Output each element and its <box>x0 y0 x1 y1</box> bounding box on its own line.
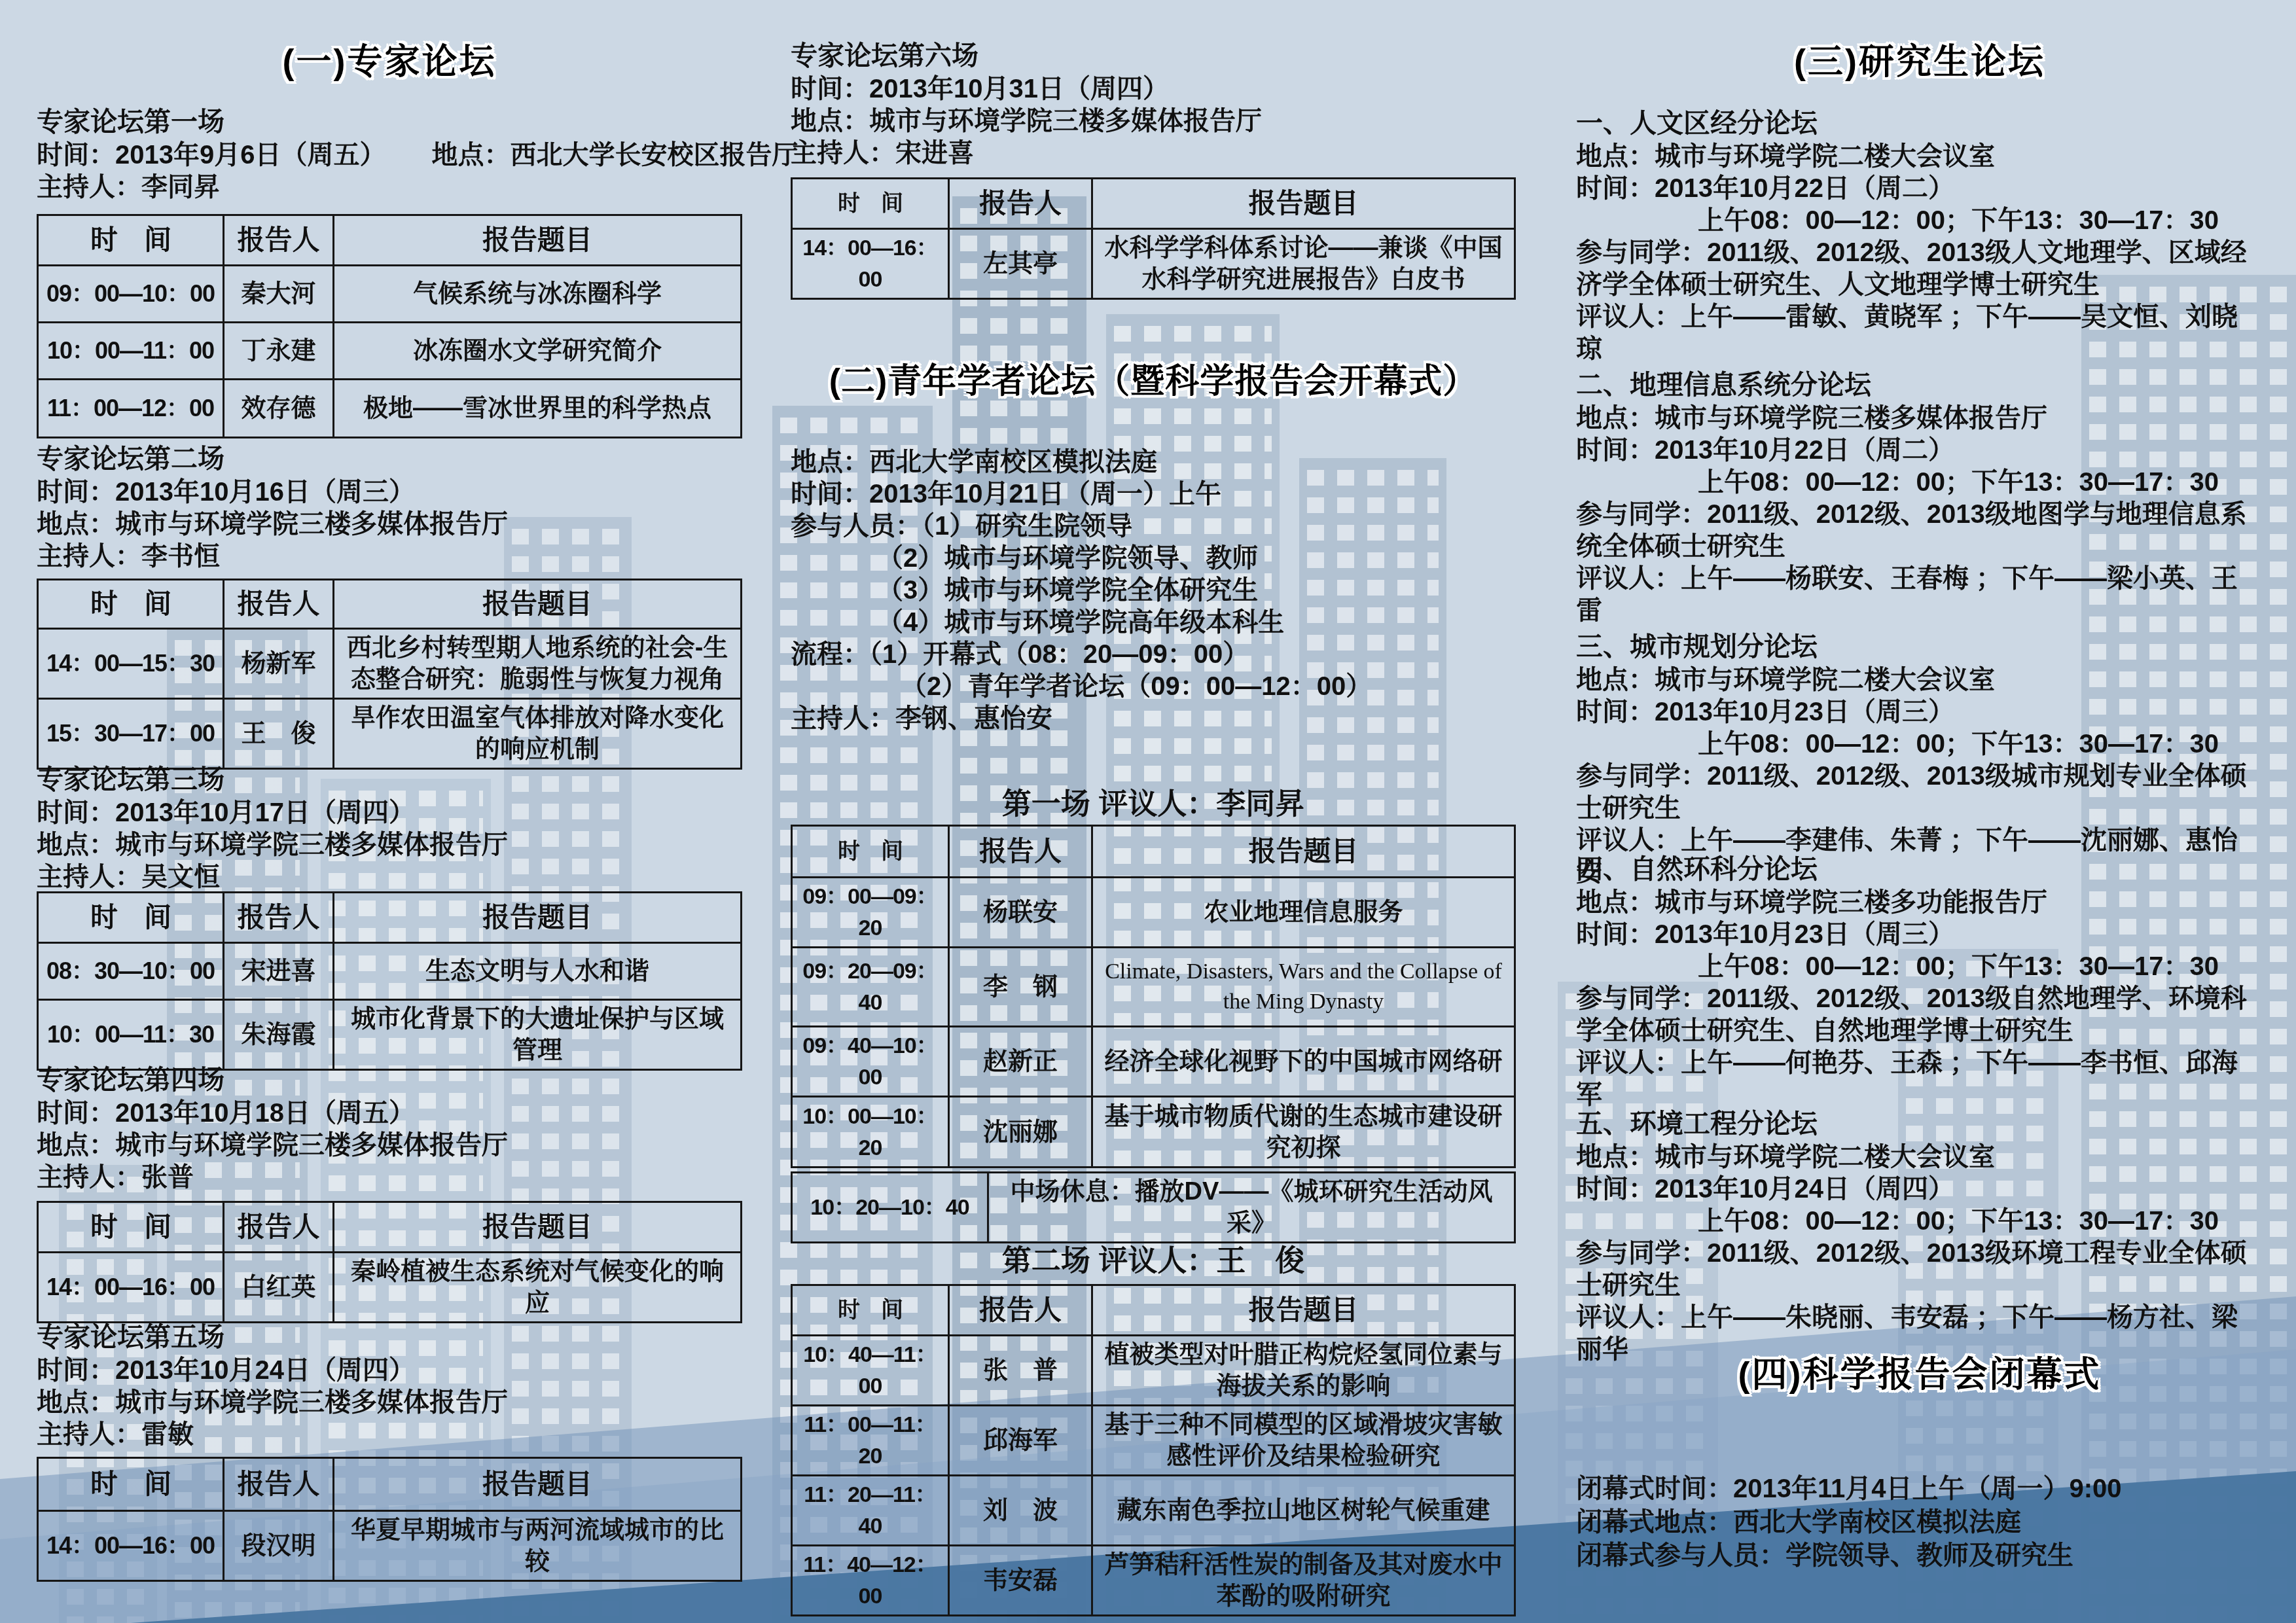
subforum-date-line: 时间：2013年10月23日（周三） <box>1576 696 2263 728</box>
session-time-venue-line: 时间：2013年9月6日（周五）地点：西北大学长安校区报告厅 <box>37 139 742 171</box>
col-header-title: 报告题目 <box>1093 179 1514 228</box>
venue-label: 地点： <box>1576 404 1655 433</box>
expert-session-3-table: 时 间 报告人 报告题目 08：30—10：00 宋进喜 生态文明与人水和谐 1… <box>37 891 742 1071</box>
agenda-row: 10：40—11：00 张 普 植被类型对叶腊正构烷烃氢同位素与海拔关系的影响 <box>793 1334 1514 1404</box>
host-label: 主持人： <box>37 173 141 202</box>
agenda-row: 09：00—09：20 杨联安 农业地理信息服务 <box>793 876 1514 946</box>
forum-hosts: 李钢、惠怡安 <box>895 704 1052 733</box>
host-label: 主持人： <box>37 542 141 571</box>
agenda-title: 基于三种不同模型的区域滑坡灾害敏感性评价及结果检验研究 <box>1093 1406 1514 1474</box>
agenda-speaker: 段汉明 <box>224 1512 334 1580</box>
agenda-title-english: Climate, Disasters, Wars and the Collaps… <box>1093 948 1514 1026</box>
forum-host-line: 主持人：李钢、惠怡安 <box>791 703 1516 735</box>
agenda-speaker: 效存德 <box>224 380 334 437</box>
students-label: 参与同学： <box>1576 1239 1707 1268</box>
expert-session-3-info: 专家论坛第三场 时间：2013年10月17日（周四） 地点：城市与环境学院三楼多… <box>37 764 742 893</box>
forum-time-line: 时间：2013年10月21日（周一）上午 <box>791 478 1516 510</box>
subforum-hours-line: 上午08：00—12：00；下午13：30—17：30 <box>1576 205 2263 237</box>
flow-label: 流程： <box>791 640 869 669</box>
subforum-name: 一、人文区经分论坛 <box>1576 108 2263 138</box>
agenda-title: 冰冻圈水文学研究简介 <box>334 323 740 378</box>
closing-venue: 西北大学南校区模拟法庭 <box>1733 1508 2021 1537</box>
session-time-line: 时间：2013年10月31日（周四） <box>791 73 1516 105</box>
session-time: 2013年10月17日（周四） <box>115 798 415 827</box>
agenda-row: 11：00—12：00 效存德 极地——雪冰世界里的科学热点 <box>39 378 740 437</box>
subforum-venue-line: 地点：城市与环境学院三楼多功能报告厅 <box>1576 887 2263 919</box>
session-name: 专家论坛第三场 <box>37 764 742 794</box>
round-1-heading: 第一场 评议人：李同昇 <box>791 780 1516 823</box>
session-venue: 城市与环境学院三楼多媒体报告厅 <box>115 1388 508 1417</box>
col-header-speaker: 报告人 <box>950 1286 1093 1334</box>
venue-label: 地点： <box>1576 1143 1655 1171</box>
session-venue-line: 地点：城市与环境学院三楼多媒体报告厅 <box>37 829 742 861</box>
closing-participants: 学院领导、教师及研究生 <box>1785 1541 2073 1570</box>
host-label: 主持人： <box>37 1163 141 1192</box>
session-venue: 城市与环境学院三楼多媒体报告厅 <box>115 1131 508 1160</box>
table-header-row: 时 间 报告人 报告题目 <box>39 893 740 942</box>
reviewers-label: 评议人： <box>1576 1303 1681 1332</box>
agenda-title: 藏东南色季拉山地区树轮气候重建 <box>1093 1476 1514 1544</box>
col-header-speaker: 报告人 <box>950 179 1093 228</box>
session-host-line: 主持人：李同昇 <box>37 171 742 204</box>
young-forum-title: (二)青年学者论坛（暨科学报告会开幕式） <box>791 353 1516 402</box>
agenda-time: 10：00—11：00 <box>39 323 224 378</box>
time-label: 时间： <box>37 1356 115 1385</box>
host-label: 主持人： <box>37 863 141 891</box>
subforum-students-line: 参与同学：2011级、2012级、2013级环境工程专业全体硕士研究生 <box>1576 1238 2263 1302</box>
subforum-reviewers-line: 评议人：上午——雷敏、黄晓军 ；下午——吴文恒、刘晓琼 <box>1576 301 2263 365</box>
agenda-time: 15：30—17：00 <box>39 700 224 768</box>
column-graduate-forum: (三)研究生论坛 一、人文区经分论坛 地点：城市与环境学院二楼大会议室 时间：2… <box>1576 0 2263 1623</box>
expert-session-1-info: 专家论坛第一场 时间：2013年9月6日（周五）地点：西北大学长安校区报告厅 主… <box>37 107 742 204</box>
col-header-speaker: 报告人 <box>224 216 334 264</box>
reviewers-label: 评议人： <box>1576 1048 1681 1077</box>
agenda-title: 芦笋秸秆活性炭的制备及其对废水中苯酚的吸附研究 <box>1093 1546 1514 1614</box>
time-label: 时间： <box>1576 436 1655 465</box>
session-time: 2013年10月16日（周三） <box>115 478 415 507</box>
intermission-row: 10：20—10：40 中场休息：播放DV——《城环研究生活动风采》 <box>793 1173 1514 1241</box>
col-header-time: 时 间 <box>793 179 950 228</box>
agenda-row: 09：00—10：00 秦大河 气候系统与冰冻圈科学 <box>39 264 740 321</box>
subforum-hours-line: 上午08：00—12：00；下午13：30—17：30 <box>1576 1205 2263 1238</box>
round-2-heading: 第二场 评议人：王 俊 <box>791 1237 1516 1279</box>
closing-time-line: 闭幕式时间：2013年11月4日上午（周一）9:00 <box>1576 1472 2263 1506</box>
closing-time: 2013年11月4日上午（周一）9:00 <box>1733 1474 2122 1503</box>
agenda-time: 11：20—11：40 <box>793 1476 950 1544</box>
agenda-speaker: 赵新正 <box>950 1027 1093 1096</box>
forum-participants-line: （4）城市与环境学院高年级本科生 <box>791 607 1516 639</box>
agenda-speaker: 韦安磊 <box>950 1546 1093 1614</box>
agenda-row: 10：00—10：20 沈丽娜 基于城市物质代谢的生态城市建设研究初探 <box>793 1096 1514 1166</box>
students-label: 参与同学： <box>1576 984 1707 1013</box>
subforum-date: 2013年10月23日（周三） <box>1655 698 1954 726</box>
intermission-time: 10：20—10：40 <box>793 1173 989 1241</box>
reviewers-label: 评议人： <box>1576 302 1681 331</box>
time-label: 时间： <box>791 480 869 508</box>
session-venue-line: 地点：城市与环境学院三楼多媒体报告厅 <box>37 1387 742 1419</box>
col-header-title: 报告题目 <box>334 216 740 264</box>
subforum-students-line: 参与同学：2011级、2012级、2013级人文地理学、区域经济学全体硕士研究生… <box>1576 237 2263 301</box>
agenda-time: 14：00—15：30 <box>39 630 224 698</box>
subforum-venue-line: 地点：城市与环境学院二楼大会议室 <box>1576 664 2263 696</box>
agenda-time: 09：00—10：00 <box>39 266 224 321</box>
session-host-line: 主持人：吴文恒 <box>37 861 742 893</box>
agenda-time: 10：00—10：20 <box>793 1097 950 1166</box>
col-header-speaker: 报告人 <box>950 827 1093 876</box>
table-header-row: 时 间 报告人 报告题目 <box>793 179 1514 228</box>
session-host-line: 主持人：雷敏 <box>37 1419 742 1451</box>
forum-venue: 西北大学南校区模拟法庭 <box>869 448 1157 476</box>
venue-label: 地点： <box>791 107 869 135</box>
col-header-title: 报告题目 <box>1093 1286 1514 1334</box>
session-host: 宋进喜 <box>895 139 974 168</box>
host-label: 主持人： <box>791 704 895 733</box>
agenda-time: 14：00—16：00 <box>793 230 950 298</box>
agenda-row: 14：00—15：30 杨新军 西北乡村转型期人地系统的社会-生态整合研究：脆弱… <box>39 628 740 698</box>
time-label: 时间： <box>1576 174 1655 203</box>
time-label: 时间： <box>37 478 115 507</box>
flow-item: （2）青年学者论坛（09：00—12：00） <box>901 672 1372 701</box>
expert-session-5-info: 专家论坛第五场 时间：2013年10月24日（周四） 地点：城市与环境学院三楼多… <box>37 1322 742 1451</box>
subforum-3: 三、城市规划分论坛 地点：城市与环境学院二楼大会议室 时间：2013年10月23… <box>1576 632 2263 889</box>
expert-session-2-info: 专家论坛第二场 时间：2013年10月16日（周三） 地点：城市与环境学院三楼多… <box>37 444 742 573</box>
venue-label: 地点： <box>791 448 869 476</box>
subforum-4: 四、自然环科分论坛 地点：城市与环境学院三楼多功能报告厅 时间：2013年10月… <box>1576 854 2263 1111</box>
session-time: 2013年9月6日（周五） <box>115 141 386 169</box>
agenda-row: 14：00—16：00 白红英 秦岭植被生态系统对气候变化的响应 <box>39 1251 740 1321</box>
agenda-speaker: 丁永建 <box>224 323 334 378</box>
col-header-title: 报告题目 <box>1093 827 1514 876</box>
subforum-reviewers-line: 评议人：上午——杨联安、王春梅 ；下午——梁小英、王雷 <box>1576 563 2263 627</box>
participant-item: （1）研究生院领导 <box>922 512 1132 541</box>
participant-item: （4）城市与环境学院高年级本科生 <box>877 608 1284 637</box>
subforum-hours: 上午08：00—12：00；下午13：30—17：30 <box>1698 1207 2219 1236</box>
session-host: 吴文恒 <box>141 863 220 891</box>
time-label: 时间： <box>37 141 115 169</box>
agenda-time: 11：00—12：00 <box>39 380 224 437</box>
session-time-line: 时间：2013年10月18日（周五） <box>37 1097 742 1130</box>
agenda-title: 气候系统与冰冻圈科学 <box>334 266 740 321</box>
subforum-hours-line: 上午08：00—12：00；下午13：30—17：30 <box>1576 951 2263 983</box>
reviewers-label: 评议人： <box>1576 826 1681 855</box>
session-name: 专家论坛第二场 <box>37 444 742 474</box>
table-header-row: 时 间 报告人 报告题目 <box>793 1286 1514 1334</box>
session-host-line: 主持人：宋进喜 <box>791 137 1516 169</box>
session-time-line: 时间：2013年10月17日（周四） <box>37 797 742 829</box>
agenda-speaker: 白红英 <box>224 1253 334 1321</box>
col-header-title: 报告题目 <box>334 893 740 942</box>
session-name: 专家论坛第五场 <box>37 1322 742 1352</box>
col-header-title: 报告题目 <box>334 580 740 628</box>
subforum-venue: 城市与环境学院二楼大会议室 <box>1655 666 1995 694</box>
col-header-speaker: 报告人 <box>224 893 334 942</box>
time-label: 时间： <box>1576 1175 1655 1204</box>
time-label: 时间： <box>1576 920 1655 949</box>
expert-forum-title: (一)专家论坛 <box>37 34 742 84</box>
time-label: 时间： <box>1576 698 1655 726</box>
col-header-time: 时 间 <box>39 893 224 942</box>
agenda-title: 西北乡村转型期人地系统的社会-生态整合研究：脆弱性与恢复力视角 <box>334 630 740 698</box>
agenda-row: 09：40—10：00 赵新正 经济全球化视野下的中国城市网络研 <box>793 1026 1514 1096</box>
closing-ceremony-title: (四)科学报告会闭幕式 <box>1576 1347 2263 1397</box>
agenda-time: 09：40—10：00 <box>793 1027 950 1096</box>
venue-label: 地点： <box>37 510 115 539</box>
session-time: 2013年10月24日（周四） <box>115 1356 415 1385</box>
subforum-date-line: 时间：2013年10月22日（周二） <box>1576 435 2263 467</box>
agenda-speaker: 朱海霞 <box>224 1001 334 1069</box>
time-label: 时间： <box>791 75 869 103</box>
subforum-date-line: 时间：2013年10月23日（周三） <box>1576 919 2263 951</box>
forum-participants-line: （2）城市与环境学院领导、教师 <box>791 543 1516 575</box>
agenda-speaker: 杨新军 <box>224 630 334 698</box>
participant-item: （3）城市与环境学院全体研究生 <box>877 576 1258 605</box>
agenda-time: 10：40—11：00 <box>793 1336 950 1404</box>
session-host-line: 主持人：李书恒 <box>37 541 742 573</box>
expert-session-4-info: 专家论坛第四场 时间：2013年10月18日（周五） 地点：城市与环境学院三楼多… <box>37 1065 742 1194</box>
subforum-students-line: 参与同学：2011级、2012级、2013级城市规划专业全体硕士研究生 <box>1576 760 2263 825</box>
students-label: 参与同学： <box>1576 500 1707 529</box>
agenda-speaker: 左其亭 <box>950 230 1093 298</box>
agenda-speaker: 沈丽娜 <box>950 1097 1093 1166</box>
agenda-row: 15：30—17：00 王 俊 旱作农田温室气体排放对降水变化的响应机制 <box>39 698 740 768</box>
subforum-venue: 城市与环境学院二楼大会议室 <box>1655 142 1995 171</box>
round-1-table: 时 间 报告人 报告题目 09：00—09：20 杨联安 农业地理信息服务 09… <box>791 825 1516 1168</box>
session-time: 2013年10月18日（周五） <box>115 1099 415 1128</box>
agenda-title: 城市化背景下的大遗址保护与区域管理 <box>334 1001 740 1069</box>
closing-participants-line: 闭幕式参与人员：学院领导、教师及研究生 <box>1576 1539 2263 1573</box>
students-label: 参与同学： <box>1576 238 1707 267</box>
session-venue: 城市与环境学院三楼多媒体报告厅 <box>115 830 508 859</box>
agenda-row: 14：00—16：00 段汉明 华夏早期城市与两河流域城市的比较 <box>39 1510 740 1580</box>
col-header-speaker: 报告人 <box>224 580 334 628</box>
session-venue: 城市与环境学院三楼多媒体报告厅 <box>115 510 508 539</box>
flow-item: （1）开幕式（08：20—09：00） <box>869 640 1249 669</box>
col-header-time: 时 间 <box>793 827 950 876</box>
session-name: 专家论坛第一场 <box>37 107 742 137</box>
agenda-row: 11：20—11：40 刘 波 藏东南色季拉山地区树轮气候重建 <box>793 1474 1514 1544</box>
agenda-title: 旱作农田温室气体排放对降水变化的响应机制 <box>334 700 740 768</box>
reviewers-label: 评议人： <box>1576 564 1681 593</box>
subforum-hours-line: 上午08：00—12：00；下午13：30—17：30 <box>1576 728 2263 760</box>
column-young-scholars: 专家论坛第六场 时间：2013年10月31日（周四） 地点：城市与环境学院三楼多… <box>791 0 1516 1623</box>
intermission-title: 中场休息：播放DV——《城环研究生活动风采》 <box>989 1173 1514 1241</box>
subforum-venue: 城市与环境学院三楼多媒体报告厅 <box>1655 404 2047 433</box>
col-header-title: 报告题目 <box>334 1203 740 1251</box>
venue-label: 地点： <box>1576 142 1655 171</box>
agenda-speaker: 邱海军 <box>950 1406 1093 1474</box>
agenda-speaker: 杨联安 <box>950 878 1093 946</box>
agenda-time: 11：00—11：20 <box>793 1406 950 1474</box>
expert-session-4-table: 时 间 报告人 报告题目 14：00—16：00 白红英 秦岭植被生态系统对气候… <box>37 1201 742 1323</box>
session-venue-line: 地点：城市与环境学院三楼多媒体报告厅 <box>37 508 742 541</box>
subforum-date: 2013年10月23日（周三） <box>1655 920 1954 949</box>
forum-participants-line: 参与人员：（1）研究生院领导 <box>791 510 1516 543</box>
subforum-date: 2013年10月22日（周二） <box>1655 436 1954 465</box>
agenda-row: 08：30—10：00 宋进喜 生态文明与人水和谐 <box>39 942 740 999</box>
agenda-speaker: 李 钢 <box>950 948 1093 1026</box>
table-header-row: 时 间 报告人 报告题目 <box>39 580 740 628</box>
closing-time-label: 闭幕式时间： <box>1576 1474 1733 1503</box>
agenda-title: 植被类型对叶腊正构烷烃氢同位素与海拔关系的影响 <box>1093 1336 1514 1404</box>
subforum-hours: 上午08：00—12：00；下午13：30—17：30 <box>1698 730 2219 758</box>
expert-session-2-table: 时 间 报告人 报告题目 14：00—15：30 杨新军 西北乡村转型期人地系统… <box>37 579 742 770</box>
col-header-speaker: 报告人 <box>224 1459 334 1510</box>
forum-time: 2013年10月21日（周一）上午 <box>869 480 1221 508</box>
table-header-row: 时 间 报告人 报告题目 <box>39 216 740 264</box>
session-venue: 城市与环境学院三楼多媒体报告厅 <box>869 107 1262 135</box>
students-label: 参与同学： <box>1576 762 1707 791</box>
expert-session-6-table: 时 间 报告人 报告题目 14：00—16：00 左其亭 水科学学科体系讨论——… <box>791 177 1516 300</box>
session-venue: 西北大学长安校区报告厅 <box>510 141 798 169</box>
closing-venue-line: 闭幕式地点：西北大学南校区模拟法庭 <box>1576 1506 2263 1539</box>
agenda-time: 09：20—09：40 <box>793 948 950 1026</box>
venue-label: 地点： <box>37 1388 115 1417</box>
session-time-line: 时间：2013年10月16日（周三） <box>37 476 742 508</box>
agenda-title: 水科学学科体系讨论——兼谈《中国水科学研究进展报告》白皮书 <box>1093 230 1514 298</box>
host-label: 主持人： <box>37 1420 141 1449</box>
agenda-title: 华夏早期城市与两河流域城市的比较 <box>334 1512 740 1580</box>
expert-session-1-table: 时 间 报告人 报告题目 09：00—10：00 秦大河 气候系统与冰冻圈科学 … <box>37 214 742 438</box>
agenda-title: 基于城市物质代谢的生态城市建设研究初探 <box>1093 1097 1514 1166</box>
col-header-speaker: 报告人 <box>224 1203 334 1251</box>
subforum-2: 二、地理信息系统分论坛 地点：城市与环境学院三楼多媒体报告厅 时间：2013年1… <box>1576 370 2263 627</box>
subforum-name: 三、城市规划分论坛 <box>1576 632 2263 662</box>
subforum-name: 五、环境工程分论坛 <box>1576 1109 2263 1139</box>
agenda-time: 14：00—16：00 <box>39 1253 224 1321</box>
subforum-venue: 城市与环境学院三楼多功能报告厅 <box>1655 888 2047 917</box>
session-host: 张普 <box>141 1163 194 1192</box>
subforum-hours: 上午08：00—12：00；下午13：30—17：30 <box>1698 952 2219 981</box>
subforum-venue-line: 地点：城市与环境学院二楼大会议室 <box>1576 141 2263 173</box>
agenda-title: 生态文明与人水和谐 <box>334 944 740 999</box>
subforum-name: 四、自然环科分论坛 <box>1576 854 2263 884</box>
agenda-time: 08：30—10：00 <box>39 944 224 999</box>
subforum-hours: 上午08：00—12：00；下午13：30—17：30 <box>1698 206 2219 235</box>
graduate-forum-title: (三)研究生论坛 <box>1576 34 2263 84</box>
col-header-title: 报告题目 <box>334 1459 740 1510</box>
subforum-reviewers-line: 评议人：上午——何艳芬、王森 ；下午——李书恒、邱海军 <box>1576 1047 2263 1111</box>
table-header-row: 时 间 报告人 报告题目 <box>39 1459 740 1510</box>
agenda-row: 11：40—12：00 韦安磊 芦笋秸秆活性炭的制备及其对废水中苯酚的吸附研究 <box>793 1544 1514 1614</box>
closing-ceremony-info: 闭幕式时间：2013年11月4日上午（周一）9:00 闭幕式地点：西北大学南校区… <box>1576 1472 2263 1573</box>
subforum-students-line: 参与同学：2011级、2012级、2013级自然地理学、环境科学全体硕士研究生、… <box>1576 983 2263 1047</box>
venue-label: 地点： <box>37 830 115 859</box>
conference-program-page: (一)专家论坛 专家论坛第一场 时间：2013年9月6日（周五）地点：西北大学长… <box>0 0 2296 1623</box>
closing-participants-label: 闭幕式参与人员： <box>1576 1541 1785 1570</box>
agenda-title: 经济全球化视野下的中国城市网络研 <box>1093 1027 1514 1096</box>
session-name: 专家论坛第六场 <box>791 41 1516 71</box>
participants-label: 参与人员： <box>791 512 922 541</box>
agenda-row: 09：20—09：40 李 钢 Climate, Disasters, Wars… <box>793 946 1514 1026</box>
agenda-time: 10：00—11：30 <box>39 1001 224 1069</box>
col-header-time: 时 间 <box>39 216 224 264</box>
session-venue-line: 地点：城市与环境学院三楼多媒体报告厅 <box>791 105 1516 137</box>
subforum-1: 一、人文区经分论坛 地点：城市与环境学院二楼大会议室 时间：2013年10月22… <box>1576 108 2263 365</box>
session-name: 专家论坛第四场 <box>37 1065 742 1095</box>
young-forum-info: 地点：西北大学南校区模拟法庭 时间：2013年10月21日（周一）上午 参与人员… <box>791 446 1516 735</box>
venue-label: 地点： <box>1576 888 1655 917</box>
agenda-speaker: 秦大河 <box>224 266 334 321</box>
venue-label: 地点： <box>431 141 510 169</box>
table-header-row: 时 间 报告人 报告题目 <box>793 827 1514 876</box>
forum-venue-line: 地点：西北大学南校区模拟法庭 <box>791 446 1516 478</box>
col-header-time: 时 间 <box>793 1286 950 1334</box>
expert-session-6-info: 专家论坛第六场 时间：2013年10月31日（周四） 地点：城市与环境学院三楼多… <box>791 41 1516 169</box>
round-2-table: 时 间 报告人 报告题目 10：40—11：00 张 普 植被类型对叶腊正构烷烃… <box>791 1284 1516 1616</box>
forum-flow-line: 流程：（1）开幕式（08：20—09：00） <box>791 639 1516 671</box>
subforum-date: 2013年10月22日（周二） <box>1655 174 1954 203</box>
agenda-time: 09：00—09：20 <box>793 878 950 946</box>
session-host: 李书恒 <box>141 542 220 571</box>
subforum-date-line: 时间：2013年10月22日（周二） <box>1576 173 2263 205</box>
agenda-row: 10：00—11：00 丁永建 冰冻圈水文学研究简介 <box>39 321 740 378</box>
agenda-time: 11：40—12：00 <box>793 1546 950 1614</box>
col-header-time: 时 间 <box>39 1203 224 1251</box>
subforum-venue-line: 地点：城市与环境学院三楼多媒体报告厅 <box>1576 402 2263 435</box>
column-expert-forum: (一)专家论坛 专家论坛第一场 时间：2013年9月6日（周五）地点：西北大学长… <box>37 0 742 1623</box>
subforum-date: 2013年10月24日（周四） <box>1655 1175 1954 1204</box>
col-header-time: 时 间 <box>39 580 224 628</box>
session-time-line: 时间：2013年10月24日（周四） <box>37 1355 742 1387</box>
agenda-speaker: 刘 波 <box>950 1476 1093 1544</box>
subforum-venue: 城市与环境学院二楼大会议室 <box>1655 1143 1995 1171</box>
host-label: 主持人： <box>791 139 895 168</box>
col-header-time: 时 间 <box>39 1459 224 1510</box>
forum-participants-line: （3）城市与环境学院全体研究生 <box>791 575 1516 607</box>
agenda-speaker: 宋进喜 <box>224 944 334 999</box>
session-host: 雷敏 <box>141 1420 194 1449</box>
subforum-venue-line: 地点：城市与环境学院二楼大会议室 <box>1576 1141 2263 1173</box>
agenda-title: 秦岭植被生态系统对气候变化的响应 <box>334 1253 740 1321</box>
agenda-row: 11：00—11：20 邱海军 基于三种不同模型的区域滑坡灾害敏感性评价及结果检… <box>793 1404 1514 1474</box>
subforum-5: 五、环境工程分论坛 地点：城市与环境学院二楼大会议室 时间：2013年10月24… <box>1576 1109 2263 1366</box>
session-host: 李同昇 <box>141 173 220 202</box>
session-host-line: 主持人：张普 <box>37 1162 742 1194</box>
expert-session-5-table: 时 间 报告人 报告题目 14：00—16：00 段汉明 华夏早期城市与两河流域… <box>37 1457 742 1582</box>
forum-flow-line: （2）青年学者论坛（09：00—12：00） <box>791 671 1516 703</box>
intermission-table: 10：20—10：40 中场休息：播放DV——《城环研究生活动风采》 <box>791 1171 1516 1243</box>
agenda-time: 14：00—16：00 <box>39 1512 224 1580</box>
agenda-speaker: 王 俊 <box>224 700 334 768</box>
venue-label: 地点： <box>1576 666 1655 694</box>
session-venue-line: 地点：城市与环境学院三楼多媒体报告厅 <box>37 1130 742 1162</box>
table-header-row: 时 间 报告人 报告题目 <box>39 1203 740 1251</box>
participant-item: （2）城市与环境学院领导、教师 <box>877 544 1258 573</box>
time-label: 时间： <box>37 798 115 827</box>
agenda-row: 10：00—11：30 朱海霞 城市化背景下的大遗址保护与区域管理 <box>39 999 740 1069</box>
venue-label: 地点： <box>37 1131 115 1160</box>
subforum-hours: 上午08：00—12：00；下午13：30—17：30 <box>1698 468 2219 497</box>
session-time: 2013年10月31日（周四） <box>869 75 1169 103</box>
time-label: 时间： <box>37 1099 115 1128</box>
agenda-speaker: 张 普 <box>950 1336 1093 1404</box>
subforum-students-line: 参与同学：2011级、2012级、2013级地图学与地理信息系统全体硕士研究生 <box>1576 499 2263 563</box>
closing-venue-label: 闭幕式地点： <box>1576 1508 1733 1537</box>
subforum-date-line: 时间：2013年10月24日（周四） <box>1576 1173 2263 1205</box>
subforum-name: 二、地理信息系统分论坛 <box>1576 370 2263 400</box>
agenda-row: 14：00—16：00 左其亭 水科学学科体系讨论——兼谈《中国水科学研究进展报… <box>793 228 1514 298</box>
agenda-title: 农业地理信息服务 <box>1093 878 1514 946</box>
agenda-title: 极地——雪冰世界里的科学热点 <box>334 380 740 437</box>
subforum-hours-line: 上午08：00—12：00；下午13：30—17：30 <box>1576 467 2263 499</box>
